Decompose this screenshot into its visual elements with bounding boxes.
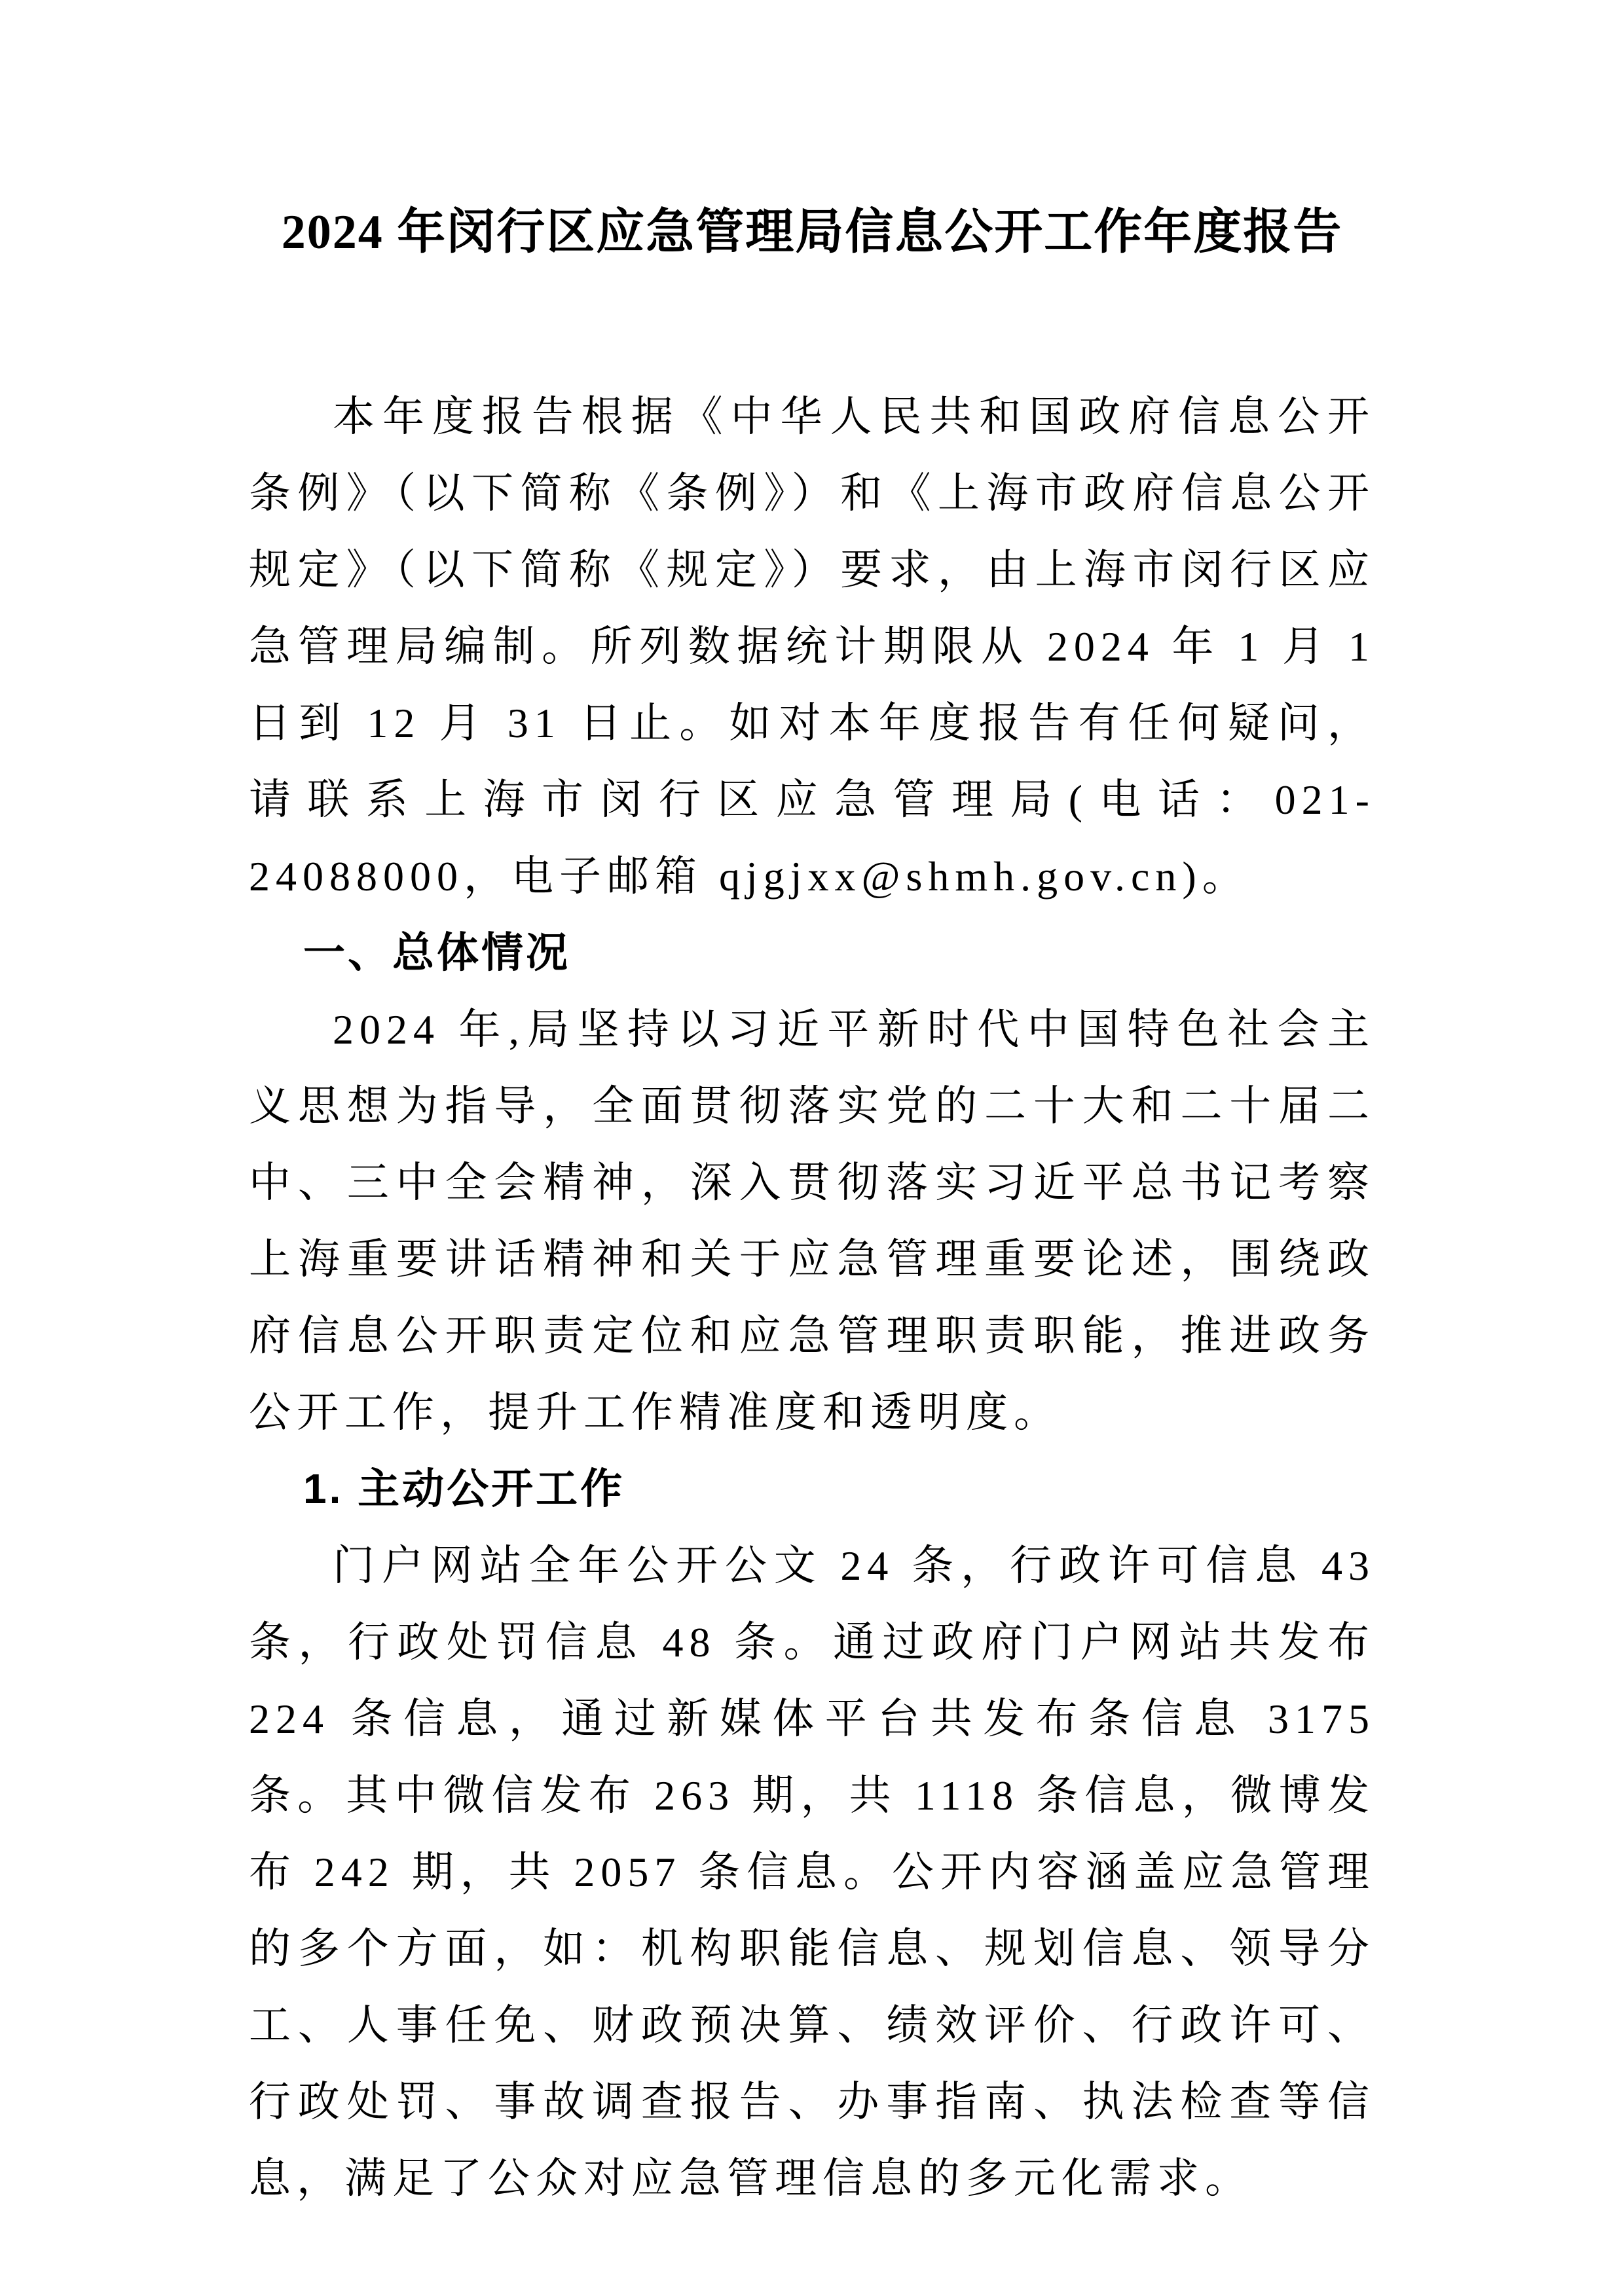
paragraph-overall-situation: 2024 年,局坚持以习近平新时代中国特色社会主义思想为指导，全面贯彻落实党的二… (249, 991, 1375, 1451)
document-page: 2024 年闵行区应急管理局信息公开工作年度报告 本年度报告根据《中华人民共和国… (0, 0, 1624, 2296)
document-title: 2024 年闵行区应急管理局信息公开工作年度报告 (249, 196, 1375, 268)
heading-proactive-disclosure: 1. 主动公开工作 (249, 1451, 1375, 1527)
paragraph-intro: 本年度报告根据《中华人民共和国政府信息公开条例》（以下简称《条例》）和《上海市政… (249, 378, 1375, 915)
paragraph-proactive-disclosure: 门户网站全年公开公文 24 条，行政许可信息 43 条，行政处罚信息 48 条。… (249, 1527, 1375, 2217)
heading-overall-situation: 一、总体情况 (249, 915, 1375, 991)
